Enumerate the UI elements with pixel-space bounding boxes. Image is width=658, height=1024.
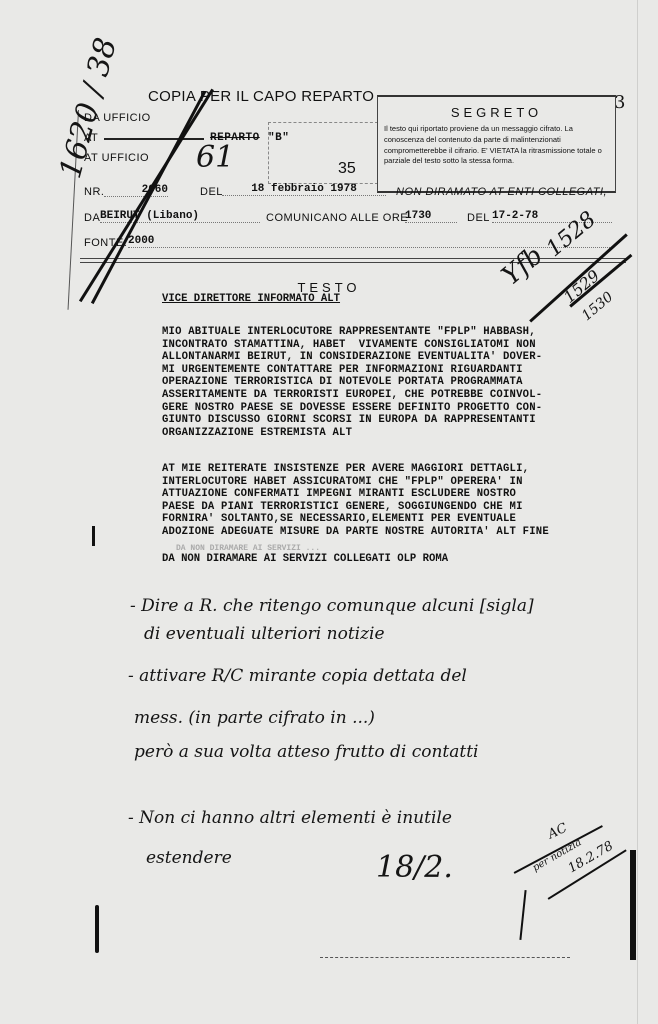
ghost-line: DA NON DIRAMARE AI SERVIZI ... (176, 544, 320, 553)
body-subtitle: VICE DIRETTORE INFORMATO ALT (162, 293, 340, 305)
handwritten-note-2: di eventuali ulteriori notizie (144, 624, 385, 644)
nr-value: 2060 (104, 184, 168, 197)
scan-edge-mark (630, 850, 636, 960)
handwritten-note-5: però a sua volta atteso frutto di contat… (134, 742, 479, 762)
page-edge-rule (637, 0, 638, 1024)
body-paragraph-1: MIO ABITUALE INTERLOCUTORE RAPPRESENTANT… (162, 326, 542, 439)
fonte-value: 2000 (128, 235, 612, 248)
del-value: 18 febbraio 1978 (222, 183, 386, 196)
secret-text: Il testo qui riportato proviene da un me… (384, 124, 609, 167)
handwritten-note-6: - Non ci hanno altri elementi è inutile (128, 808, 452, 828)
margin-ink-mark (95, 905, 99, 953)
nr-label: NR. (84, 186, 104, 198)
del2-label: DEL (467, 212, 490, 224)
header-inner-box (268, 122, 378, 184)
body-paragraph-2: AT MIE REITERATE INSISTENZE PER AVERE MA… (162, 463, 549, 539)
handwritten-note-7: estendere (146, 848, 232, 868)
ore-value: 1730 (405, 210, 457, 223)
secret-title: SEGRETO (378, 105, 615, 120)
handwritten-note-1: - Dire a R. che ritengo comunque alcuni … (130, 596, 534, 616)
non-diramato-notice: NON DIRAMATO AT ENTI COLLEGATI, (396, 186, 607, 198)
distribution-footer: DA NON DIRAMARE AI SERVIZI COLLEGATI OLP… (162, 553, 448, 565)
stamp-note-initials: AC (546, 821, 570, 843)
bottom-dashed-line (320, 956, 570, 958)
handwritten-note-4: mess. (in parte cifrato in ...) (134, 708, 375, 728)
box-number: 35 (338, 160, 356, 178)
copy-header-title: COPIA PER IL CAPO REPARTO (148, 88, 374, 105)
signature-date: 18/2. (376, 850, 453, 885)
secret-notice-box: SEGRETO Il testo qui riportato proviene … (377, 95, 616, 193)
margin-number: 61 (196, 140, 234, 175)
redaction-strike (104, 138, 204, 140)
del-label: DEL (200, 186, 223, 198)
da-label: DA (84, 212, 100, 224)
handwritten-note-3: - attivare R/C mirante copia dettata del (128, 666, 467, 686)
comunicano-label: COMUNICANO ALLE ORE (266, 212, 408, 224)
margin-tick (92, 526, 95, 546)
stamp-tick (519, 890, 526, 940)
da-value: BEIRUT (Libano) (100, 210, 260, 223)
